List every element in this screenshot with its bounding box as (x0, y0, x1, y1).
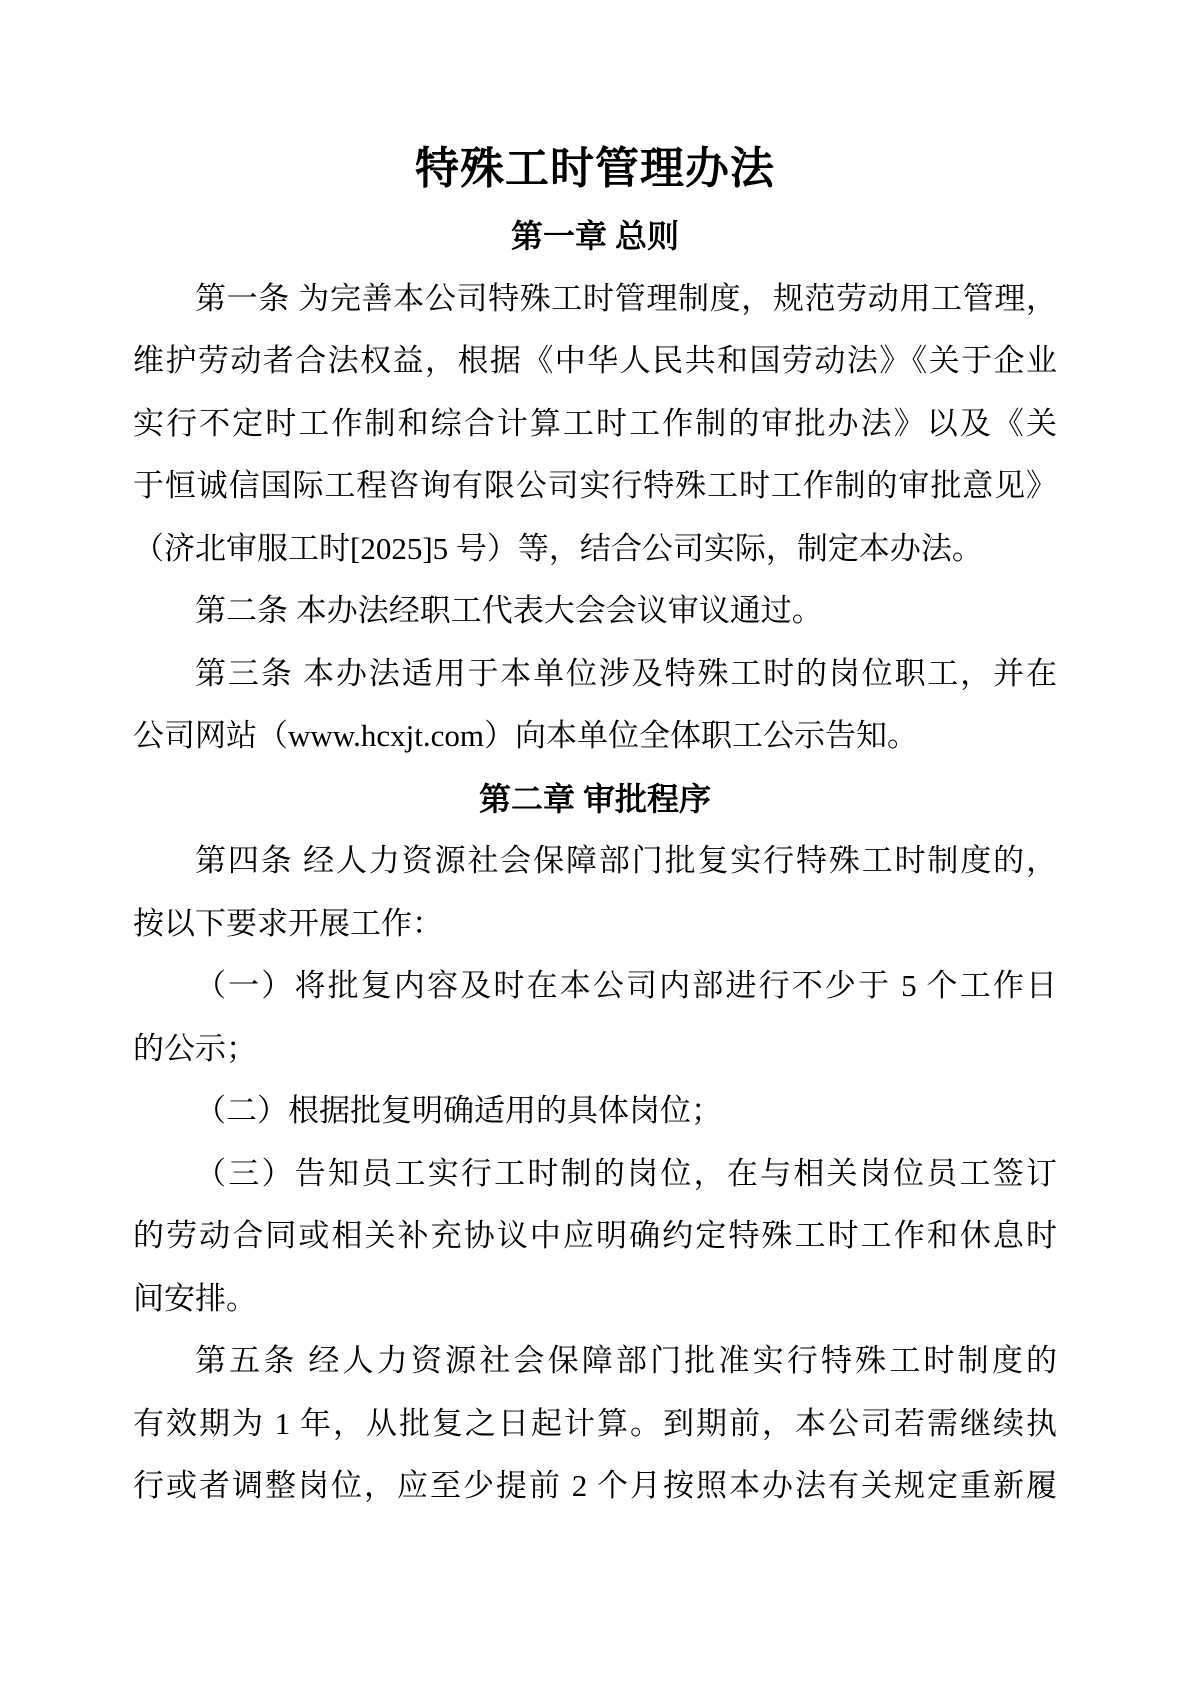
document-page: 特殊工时管理办法 第一章 总则 第一条 为完善本公司特殊工时管理制度，规范劳动用… (0, 0, 1190, 1683)
body-line: 第五条 经人力资源社会保障部门批准实行特殊工时制度的 (133, 1330, 1057, 1393)
body-line: （二）根据批复明确适用的具体岗位； (133, 1080, 1057, 1143)
body-line: 按以下要求开展工作： (133, 893, 1057, 956)
body-line: 第四条 经人力资源社会保障部门批复实行特殊工时制度的， (133, 830, 1057, 893)
body-line: 的劳动合同或相关补充协议中应明确约定特殊工时工作和休息时 (133, 1205, 1057, 1268)
body-line: （济北审服工时[2025]5 号）等，结合公司实际，制定本办法。 (133, 518, 1057, 581)
body-line: 第二条 本办法经职工代表大会会议审议通过。 (133, 580, 1057, 643)
body-line: 公司网站（www.hcxjt.com）向本单位全体职工公示告知。 (133, 705, 1057, 768)
body-line: 第一条 为完善本公司特殊工时管理制度，规范劳动用工管理， (133, 268, 1057, 331)
body-line: 的公示； (133, 1018, 1057, 1081)
body-line: （一）将批复内容及时在本公司内部进行不少于 5 个工作日 (133, 955, 1057, 1018)
body-line: 有效期为 1 年，从批复之日起计算。到期前，本公司若需继续执 (133, 1393, 1057, 1456)
body-line: 第三条 本办法适用于本单位涉及特殊工时的岗位职工，并在 (133, 643, 1057, 706)
body-line: 于恒诚信国际工程咨询有限公司实行特殊工时工作制的审批意见》 (133, 455, 1057, 518)
chapter-heading: 第二章 审批程序 (133, 768, 1057, 831)
chapter-heading: 第一章 总则 (133, 205, 1057, 268)
body-line: 维护劳动者合法权益，根据《中华人民共和国劳动法》《关于企业 (133, 330, 1057, 393)
body-line: 行或者调整岗位，应至少提前 2 个月按照本办法有关规定重新履 (133, 1455, 1057, 1518)
document-title: 特殊工时管理办法 (133, 132, 1057, 205)
body-line: 实行不定时工作制和综合计算工时工作制的审批办法》以及《关 (133, 393, 1057, 456)
body-line: 间安排。 (133, 1268, 1057, 1331)
body-line: （三）告知员工实行工时制的岗位，在与相关岗位员工签订 (133, 1143, 1057, 1206)
